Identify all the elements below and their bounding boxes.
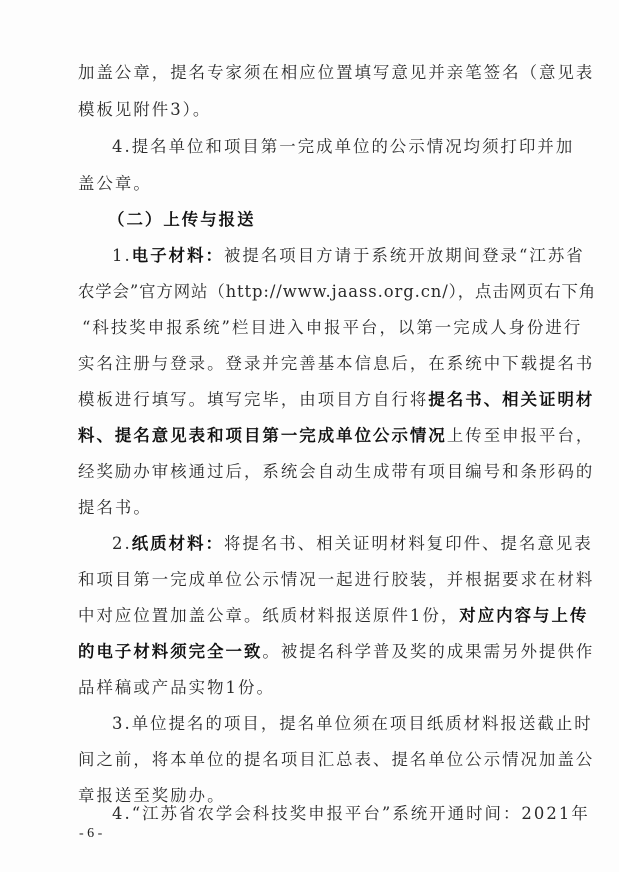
electronic-materials-line-1: 1.电子材料：被提名项目方请于系统开放期间登录“江苏省 (112, 246, 548, 266)
item-4-line-1: 4.提名单位和项目第一完成单位的公示情况均须打印并加 (112, 137, 548, 157)
item-3-line-2: 间之前，将本单位的提名项目汇总表、提名单位公示情况加盖公 (78, 750, 548, 770)
section-heading-upload: （二）上传与报送 (108, 210, 544, 230)
item-3-line-3: 章报送至奖励办。 (78, 786, 548, 806)
paper-materials-line-1: 2.纸质材料：将提名书、相关证明材料复印件、提名意见表 (112, 534, 548, 554)
document-page: 加盖公章，提名专家须在相应位置填写意见并亲笔签名（意见表 模板见附件3）。 4.… (0, 0, 619, 872)
paper-materials-line-2: 和项目第一完成单位公示情况一起进行胶装，并根据要求在材料 (78, 570, 548, 590)
paper-materials-line-3: 中对应位置加盖公章。纸质材料报送原件1份，对应内容与上传 (78, 606, 548, 626)
electronic-materials-line-4: 实名注册与登录。登录并完善基本信息后，在系统中下载提名书 (78, 354, 548, 374)
text-line-1: 加盖公章，提名专家须在相应位置填写意见并亲笔签名（意见表 (78, 63, 548, 83)
item-4-system-open-line: 4.“江苏省农学会科技奖申报平台”系统开通时间：2021年 (112, 804, 548, 824)
electronic-materials-line-7: 经奖励办审核通过后，系统会自动生成带有项目编号和条形码的 (78, 462, 548, 482)
item-3-line-1: 3.单位提名的项目，提名单位须在项目纸质材料报送截止时 (112, 714, 548, 734)
text-line-2: 模板见附件3）。 (78, 100, 548, 120)
electronic-materials-line-2: 农学会”官方网站（http://www.jaass.org.cn/），点击网页右… (78, 282, 548, 302)
paper-materials-line-4: 的电子材料须完全一致。被提名科学普及奖的成果需另外提供作 (78, 642, 548, 662)
page-number: - 6 - (79, 826, 102, 842)
paper-materials-line-5: 品样稿或产品实物1份。 (78, 678, 548, 698)
electronic-materials-line-3: “科技奖申报系统”栏目进入申报平台，以第一完成人身份进行 (82, 318, 552, 338)
electronic-materials-line-8: 提名书。 (78, 498, 548, 518)
electronic-materials-line-6: 料、提名意见表和项目第一完成单位公示情况上传至申报平台， (78, 426, 548, 446)
electronic-materials-line-5: 模板进行填写。填写完毕，由项目方自行将提名书、相关证明材 (78, 390, 548, 410)
item-4-line-2: 盖公章。 (78, 174, 548, 194)
